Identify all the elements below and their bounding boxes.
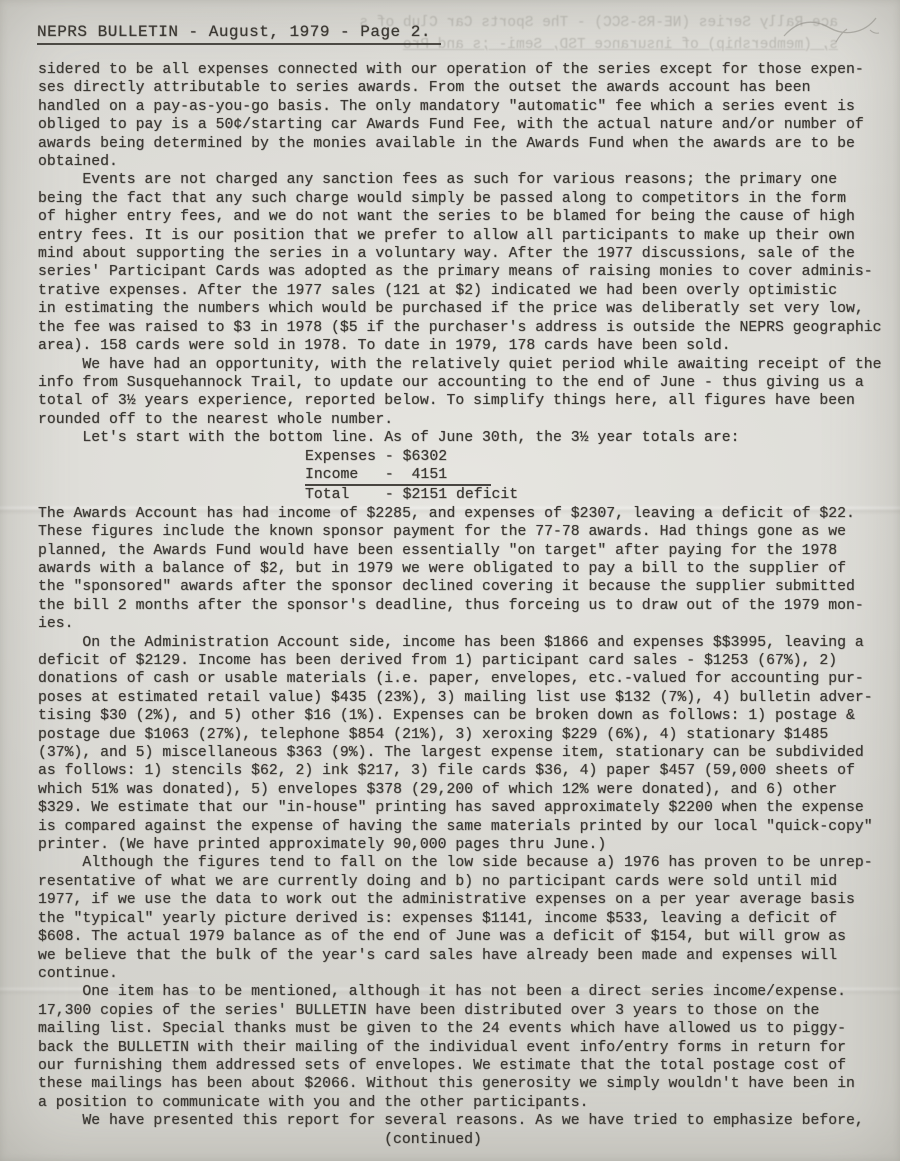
page-title: NEPRS BULLETIN - August, 1979 - Page 2. xyxy=(37,23,441,45)
body-paragraph: Although the figures tend to fall on the… xyxy=(38,854,890,983)
totals-expenses-line: Expenses - $6302 xyxy=(305,448,890,466)
totals-income-line: Income - 4151 xyxy=(305,466,491,486)
bleed-through-line: ace Rally Series (NE-RS-SCC) - The Sport… xyxy=(388,13,838,35)
body-paragraph: The Awards Account has had income of $22… xyxy=(38,505,890,634)
totals-summary: Expenses - $6302 Income - 4151 Total - $… xyxy=(305,448,890,505)
body-paragraph: sidered to be all expenses connected wit… xyxy=(38,61,890,171)
bleed-through-text: ace Rally Series (NE-RS-SCC) - The Sport… xyxy=(388,13,838,56)
document-body: sidered to be all expenses connected wit… xyxy=(38,61,890,1149)
body-paragraph: Let's start with the bottom line. As of … xyxy=(38,429,890,447)
scanned-bulletin-page: ace Rally Series (NE-RS-SCC) - The Sport… xyxy=(0,0,900,1161)
continued-marker: (continued) xyxy=(38,1131,828,1149)
body-paragraph: We have had an opportunity, with the rel… xyxy=(38,356,890,430)
totals-total-line: Total - $2151 deficit xyxy=(305,486,890,504)
body-paragraph: We have presented this report for severa… xyxy=(38,1112,890,1130)
body-paragraph: One item has to be mentioned, although i… xyxy=(38,983,890,1112)
body-paragraph: Events are not charged any sanction fees… xyxy=(38,171,890,355)
pencil-scribble xyxy=(776,4,886,54)
body-paragraph: On the Administration Account side, inco… xyxy=(38,634,890,855)
